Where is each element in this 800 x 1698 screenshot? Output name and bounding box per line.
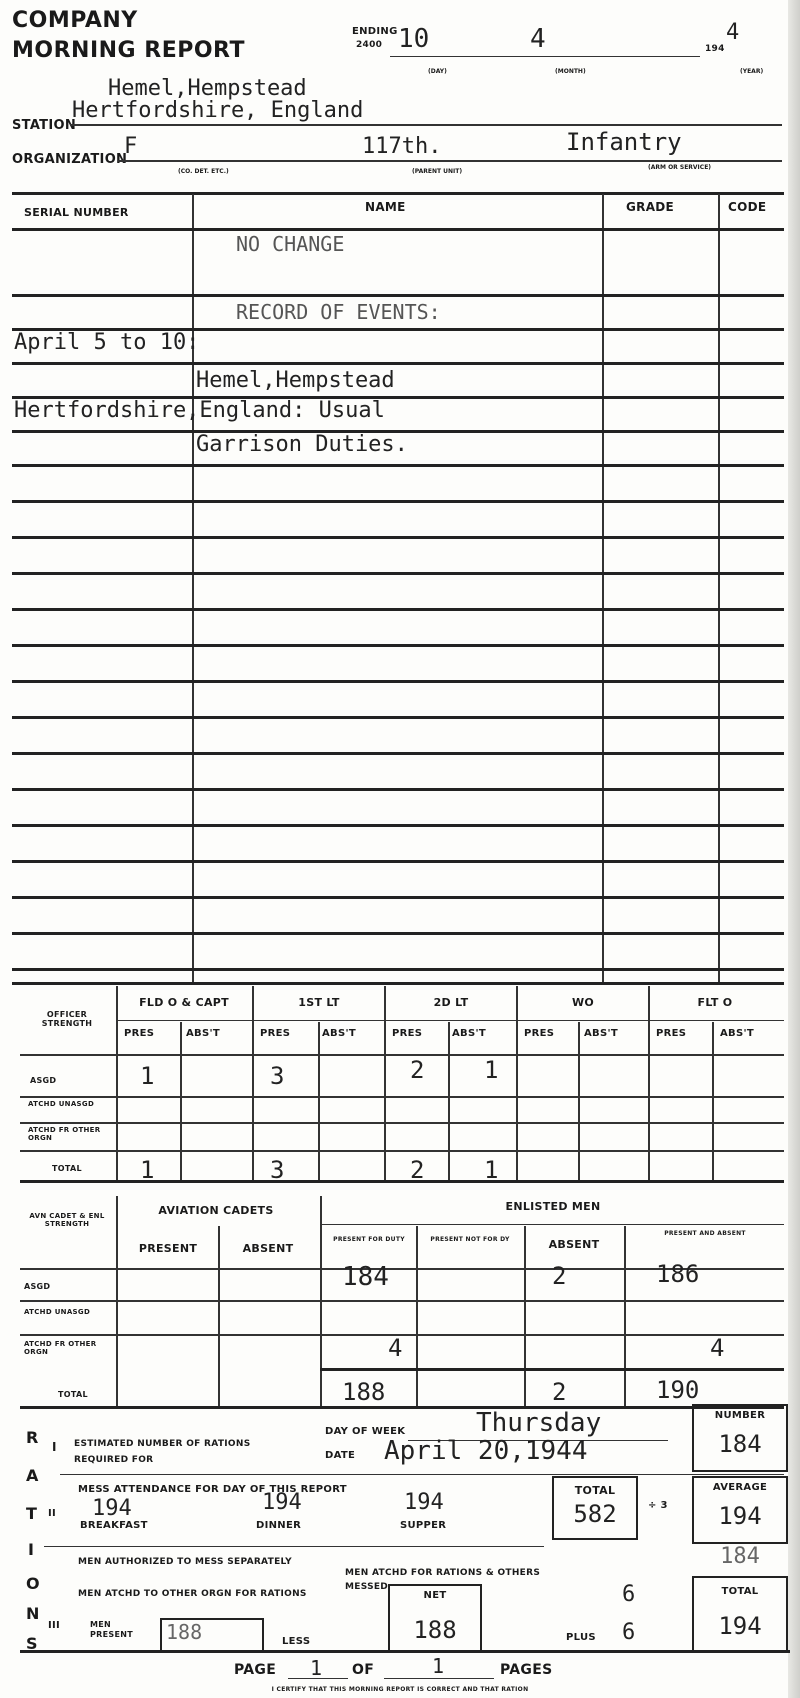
2d-lt-pres-total: 2 <box>410 1156 424 1184</box>
row-total: TOTAL <box>52 1164 82 1173</box>
supper-label: SUPPER <box>400 1520 446 1531</box>
col-grade: GRADE <box>626 200 674 214</box>
officer-divider <box>252 986 254 1182</box>
roster-rule <box>12 788 784 791</box>
officer-subheader-rule <box>116 1020 784 1021</box>
roster-rule <box>12 608 784 611</box>
enl-pa-atchd: 4 <box>710 1334 724 1362</box>
enl-pfd-asgd: 184 <box>342 1262 389 1292</box>
rations-letter: A <box>26 1466 39 1485</box>
parent-unit-value: 117th. <box>362 134 441 159</box>
breakfast-value: 194 <box>92 1496 132 1521</box>
subcol-pres: PRES <box>124 1028 154 1039</box>
rations-rule <box>44 1546 544 1547</box>
enl-row-asgd: ASGD <box>24 1282 50 1291</box>
net-value: 188 <box>390 1616 480 1644</box>
roster-line: RECORD OF EVENTS: <box>236 300 441 324</box>
1st-lt-pres-total: 3 <box>270 1156 284 1184</box>
subcol-abst: ABS'T <box>452 1028 486 1039</box>
group-1st-lt: 1ST LT <box>254 996 384 1009</box>
roster-line: April 5 to 10: <box>14 330 199 355</box>
col-enl-absent: ABSENT <box>526 1238 622 1251</box>
enlisted-divider <box>116 1196 118 1408</box>
ending-time: 2400 <box>356 40 382 50</box>
roster-top-rule <box>12 192 784 195</box>
subcol-pres: PRES <box>656 1028 686 1039</box>
roster-rule <box>12 896 784 899</box>
average-value: 194 <box>694 1502 786 1530</box>
officer-row-rule <box>20 1096 784 1098</box>
divide-sign: ÷ 3 <box>648 1500 678 1511</box>
rations-letter: R <box>26 1428 39 1447</box>
average-label: AVERAGE <box>694 1482 786 1493</box>
rations-letter: I <box>28 1540 34 1559</box>
page-label: PAGE <box>234 1662 276 1678</box>
2d-lt-pres-asgd: 2 <box>410 1056 424 1084</box>
officer-divider <box>384 986 386 1182</box>
section-2-num: II <box>48 1508 56 1519</box>
group-2d-lt: 2D LT <box>386 996 516 1009</box>
roster-divider-serial <box>192 194 194 984</box>
breakfast-label: BREAKFAST <box>80 1520 148 1531</box>
roster-line: NO CHANGE <box>236 232 344 256</box>
rations-rule <box>60 1474 784 1475</box>
roster-divider-grade <box>718 194 720 984</box>
roster-line: Garrison Duties. <box>196 432 408 457</box>
enlisted-men-label: ENLISTED MEN <box>322 1200 784 1213</box>
others-messed-value: 6 <box>622 1582 635 1607</box>
men-present-label: MEN PRESENT <box>90 1620 130 1640</box>
page-underline <box>288 1678 348 1679</box>
col-present-and-absent: PRESENT AND ABSENT <box>626 1230 784 1237</box>
col-serial-number: SERIAL NUMBER <box>24 206 129 219</box>
co-label: (CO. DET. ETC.) <box>178 168 229 175</box>
roster-rule <box>12 968 784 971</box>
pages-value: 1 <box>432 1654 444 1678</box>
col-present-not-for-duty: PRESENT NOT FOR DY <box>418 1236 522 1243</box>
group-flt-o: FLT O <box>650 996 780 1009</box>
title-morning-report: MORNING REPORT <box>12 38 245 63</box>
enlisted-divider <box>624 1226 626 1408</box>
officer-divider <box>180 1022 182 1182</box>
officer-divider <box>116 986 118 1182</box>
ending-label: ENDING <box>352 26 398 37</box>
plus-label: PLUS <box>566 1632 596 1643</box>
number-value: 184 <box>694 1430 786 1458</box>
rations-bottom-rule <box>20 1650 790 1653</box>
roster-rule <box>12 228 784 231</box>
enl-row-atchd-fr-other: ATCHD FR OTHER ORGN <box>24 1340 110 1356</box>
officer-strength-title: OFFICER STRENGTH <box>22 1010 112 1028</box>
2d-lt-abst-asgd: 1 <box>484 1056 498 1084</box>
roster-rule <box>12 644 784 647</box>
month-value: 4 <box>530 24 546 54</box>
pages-underline <box>384 1678 494 1679</box>
station-label: STATION <box>12 118 76 133</box>
company-value: F <box>124 134 137 159</box>
roster-rule <box>12 536 784 539</box>
enlisted-bottom-rule <box>20 1406 784 1409</box>
enlisted-divider <box>218 1226 220 1408</box>
roster-rule <box>12 860 784 863</box>
atchd-other-orgn-label: MEN ATCHD TO OTHER ORGN FOR RATIONS <box>78 1588 328 1601</box>
roster-line: Hemel,Hempstead <box>196 368 395 393</box>
enl-absent-asgd: 2 <box>552 1262 566 1290</box>
col-code: CODE <box>728 200 766 214</box>
roster-rule <box>12 362 784 365</box>
officer-divider <box>516 986 518 1182</box>
arm-value: Infantry <box>566 128 682 156</box>
roster-rule <box>12 572 784 575</box>
enl-absent-total: 2 <box>552 1378 566 1406</box>
date-value: April 20,1944 <box>384 1436 588 1466</box>
roster-rule <box>12 500 784 503</box>
enl-row-atchd-unasgd: ATCHD UNASGD <box>24 1308 94 1316</box>
certify-statement: I CERTIFY THAT THIS MORNING REPORT IS CO… <box>150 1686 650 1693</box>
officer-divider <box>712 1022 714 1182</box>
enlisted-divider <box>320 1196 322 1408</box>
morning-report-document: COMPANY MORNING REPORT ENDING 2400 10 4 … <box>0 0 800 1698</box>
officer-bottom-rule <box>20 1180 784 1183</box>
day-label: (DAY) <box>428 68 447 75</box>
of-label: OF <box>352 1662 374 1678</box>
group-fld-o-capt: FLD O & CAPT <box>116 996 252 1009</box>
page-value: 1 <box>310 1656 322 1680</box>
subcol-pres: PRES <box>392 1028 422 1039</box>
year-label: (YEAR) <box>740 68 763 75</box>
officer-row-rule <box>20 1054 784 1056</box>
enlisted-divider <box>416 1226 418 1408</box>
section-1-num: I <box>52 1440 57 1454</box>
less-label: LESS <box>282 1636 310 1647</box>
enlisted-total-rule <box>320 1368 784 1371</box>
year-value: 4 <box>726 20 739 45</box>
page-edge <box>788 0 800 1698</box>
roster-rule <box>12 294 784 297</box>
row-asgd: ASGD <box>30 1076 56 1085</box>
rations-letter: T <box>26 1504 37 1523</box>
roster-rule <box>12 752 784 755</box>
day-of-week-value: Thursday <box>476 1408 601 1438</box>
station-line2: Hertfordshire, England <box>72 98 363 123</box>
subcol-abst: ABS'T <box>322 1028 356 1039</box>
officer-row-rule <box>20 1122 784 1124</box>
fld-pres-total: 1 <box>140 1156 154 1184</box>
subcol-abst: ABS'T <box>720 1028 754 1039</box>
col-cadets-absent: ABSENT <box>220 1242 316 1255</box>
total-value: 582 <box>554 1500 636 1528</box>
enl-pfd-atchd: 4 <box>388 1334 402 1362</box>
enlisted-divider <box>524 1226 526 1408</box>
row-atchd-fr-other: ATCHD FR OTHER ORGN <box>28 1126 108 1142</box>
1st-lt-pres-asgd: 3 <box>270 1062 284 1090</box>
dinner-value: 194 <box>262 1490 302 1515</box>
group-wo: WO <box>518 996 648 1009</box>
mess-attendance-label: MESS ATTENDANCE FOR DAY OF THIS REPORT <box>78 1484 347 1495</box>
supper-value: 194 <box>404 1490 444 1515</box>
enl-pa-total: 190 <box>656 1376 699 1404</box>
2d-lt-abst-total: 1 <box>484 1156 498 1184</box>
fld-pres-asgd: 1 <box>140 1062 154 1090</box>
dinner-label: DINNER <box>256 1520 301 1531</box>
roster-rule <box>12 680 784 683</box>
officer-divider <box>578 1022 580 1182</box>
total2-label: TOTAL <box>694 1586 786 1597</box>
subcol-pres: PRES <box>260 1028 290 1039</box>
col-name: NAME <box>365 200 406 214</box>
officer-top-rule <box>12 982 784 985</box>
subcol-abst: ABS'T <box>186 1028 220 1039</box>
organization-label: ORGANIZATION <box>12 152 127 167</box>
enlisted-subheader-rule <box>320 1224 784 1225</box>
aviation-cadets-label: AVIATION CADETS <box>116 1204 316 1217</box>
station-underline <box>70 124 782 126</box>
enl-pfd-total: 188 <box>342 1378 385 1406</box>
rations-letter: O <box>26 1574 40 1593</box>
right-value: 184 <box>694 1544 786 1569</box>
col-cadets-present: PRESENT <box>118 1242 218 1255</box>
enlisted-row-rule <box>20 1300 784 1302</box>
enlisted-strength-title: AVN CADET & ENL STRENGTH <box>22 1212 112 1228</box>
enl-row-total: TOTAL <box>58 1390 88 1399</box>
total2-value: 194 <box>694 1612 786 1640</box>
date-underline <box>390 56 700 57</box>
estimated-rations-label: ESTIMATED NUMBER OF RATIONS REQUIRED FOR <box>74 1436 274 1468</box>
number-label: NUMBER <box>694 1410 786 1421</box>
row-atchd-unasgd: ATCHD UNASGD <box>28 1100 98 1108</box>
roster-rule <box>12 716 784 719</box>
year-prefix: 194 <box>705 44 725 54</box>
month-label: (MONTH) <box>555 68 586 75</box>
col-present-for-duty: PRESENT FOR DUTY <box>324 1236 414 1243</box>
rations-letter: N <box>26 1604 40 1623</box>
roster-rule <box>12 824 784 827</box>
total-label: TOTAL <box>554 1484 636 1497</box>
roster-divider-name <box>602 194 604 984</box>
organization-underline <box>118 160 782 162</box>
pages-label: PAGES <box>500 1662 552 1678</box>
roster-rule <box>12 464 784 467</box>
authorized-separately-label: MEN AUTHORIZED TO MESS SEPARATELY <box>78 1556 308 1569</box>
subcol-pres: PRES <box>524 1028 554 1039</box>
section-3-num: III <box>48 1620 60 1631</box>
men-present-value: 188 <box>166 1620 202 1644</box>
parent-unit-label: (PARENT UNIT) <box>412 168 462 175</box>
date-label: DATE <box>325 1450 355 1461</box>
officer-divider <box>448 1022 450 1182</box>
officer-row-rule <box>20 1150 784 1152</box>
roster-line: Hertfordshire,England: Usual <box>14 398 385 423</box>
subcol-abst: ABS'T <box>584 1028 618 1039</box>
roster-rule <box>12 932 784 935</box>
day-value: 10 <box>398 24 429 54</box>
title-company: COMPANY <box>12 8 138 33</box>
officer-divider <box>648 986 650 1182</box>
arm-label: (ARM OR SERVICE) <box>648 164 711 171</box>
enl-pa-asgd: 186 <box>656 1260 699 1288</box>
net-label: NET <box>390 1590 480 1601</box>
officer-divider <box>318 1022 320 1182</box>
plus-value: 6 <box>622 1620 635 1645</box>
